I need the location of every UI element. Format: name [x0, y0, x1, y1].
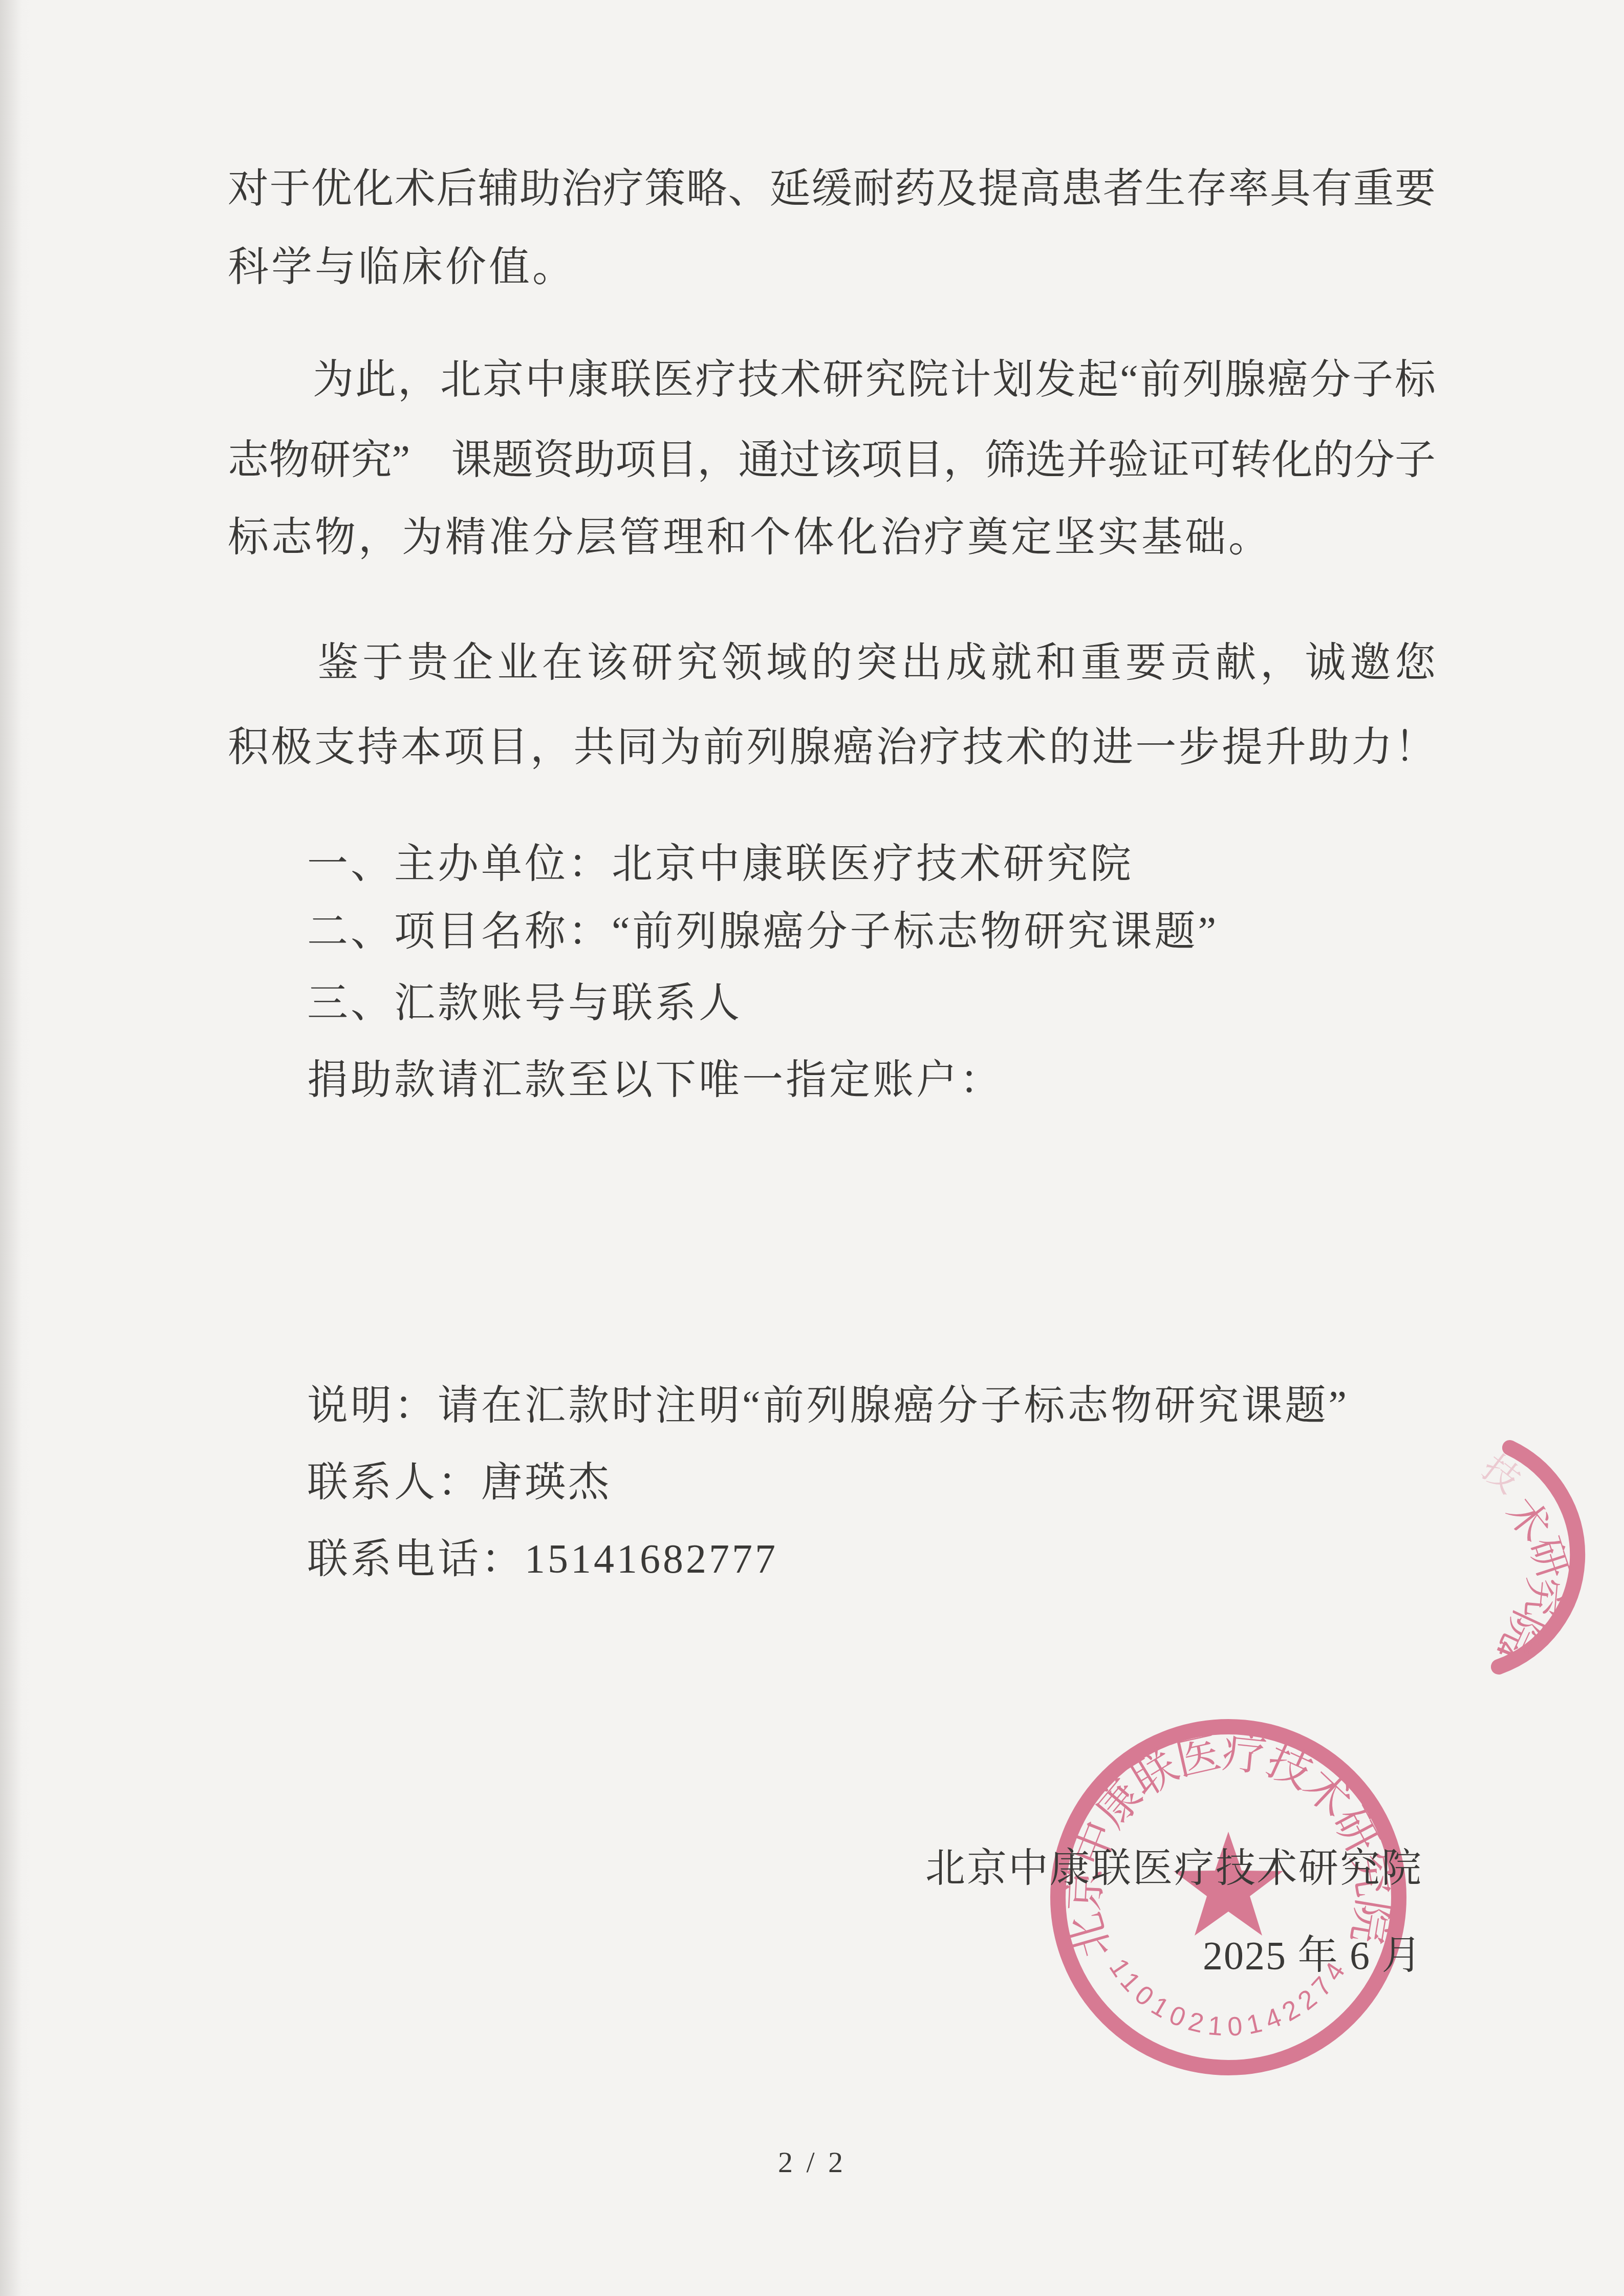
body-line: 志物研究” 课题资助项目，通过该项目，筛选并验证可转化的分子 — [228, 432, 1436, 489]
contact-person-line: 联系人：唐瑛杰 — [307, 1454, 1535, 1511]
signature-date: 2025 年 6 月 — [1203, 1927, 1561, 1984]
scanned-document-page: 北京中康联医疗技术研究院 11010210142274 技 术 研 究 院 4 … — [0, 0, 1624, 2296]
body-line: 积极支持本项目，共同为前列腺癌治疗技术的进一步提升助力！ — [228, 719, 1436, 776]
remark-line: 说明：请在汇款时注明“前列腺癌分子标志物研究课题” — [307, 1377, 1535, 1434]
page-number: 2 / 2 — [0, 2145, 1624, 2179]
remit-instruction-line: 捐助款请汇款至以下唯一指定账户： — [307, 1052, 1535, 1109]
list-item-host-org: 一、主办单位：北京中康联医疗技术研究院 — [307, 835, 1535, 893]
list-item-project-name: 二、项目名称：“前列腺癌分子标志物研究课题” — [307, 903, 1535, 960]
signature-org: 北京中康联医疗技术研究院 — [925, 1840, 1488, 1897]
body-line: 科学与临床价值。 — [228, 239, 1436, 296]
body-line: 为此，北京中康联医疗技术研究院计划发起“前列腺癌分子标 — [228, 351, 1436, 409]
contact-phone-line: 联系电话：15141682777 — [307, 1531, 1535, 1588]
official-seal: 北京中康联医疗技术研究院 11010210142274 — [1058, 1727, 1399, 2068]
body-line: 标志物，为精准分层管理和个体化治疗奠定坚实基础。 — [228, 509, 1436, 566]
body-line: 鉴于贵企业在该研究领域的突出成就和重要贡献，诚邀您 — [228, 634, 1436, 692]
list-item-remit-contact: 三、汇款账号与联系人 — [307, 975, 1535, 1032]
body-line: 对于优化术后辅助治疗策略、延缓耐药及提高患者生存率具有重要 — [228, 160, 1436, 218]
